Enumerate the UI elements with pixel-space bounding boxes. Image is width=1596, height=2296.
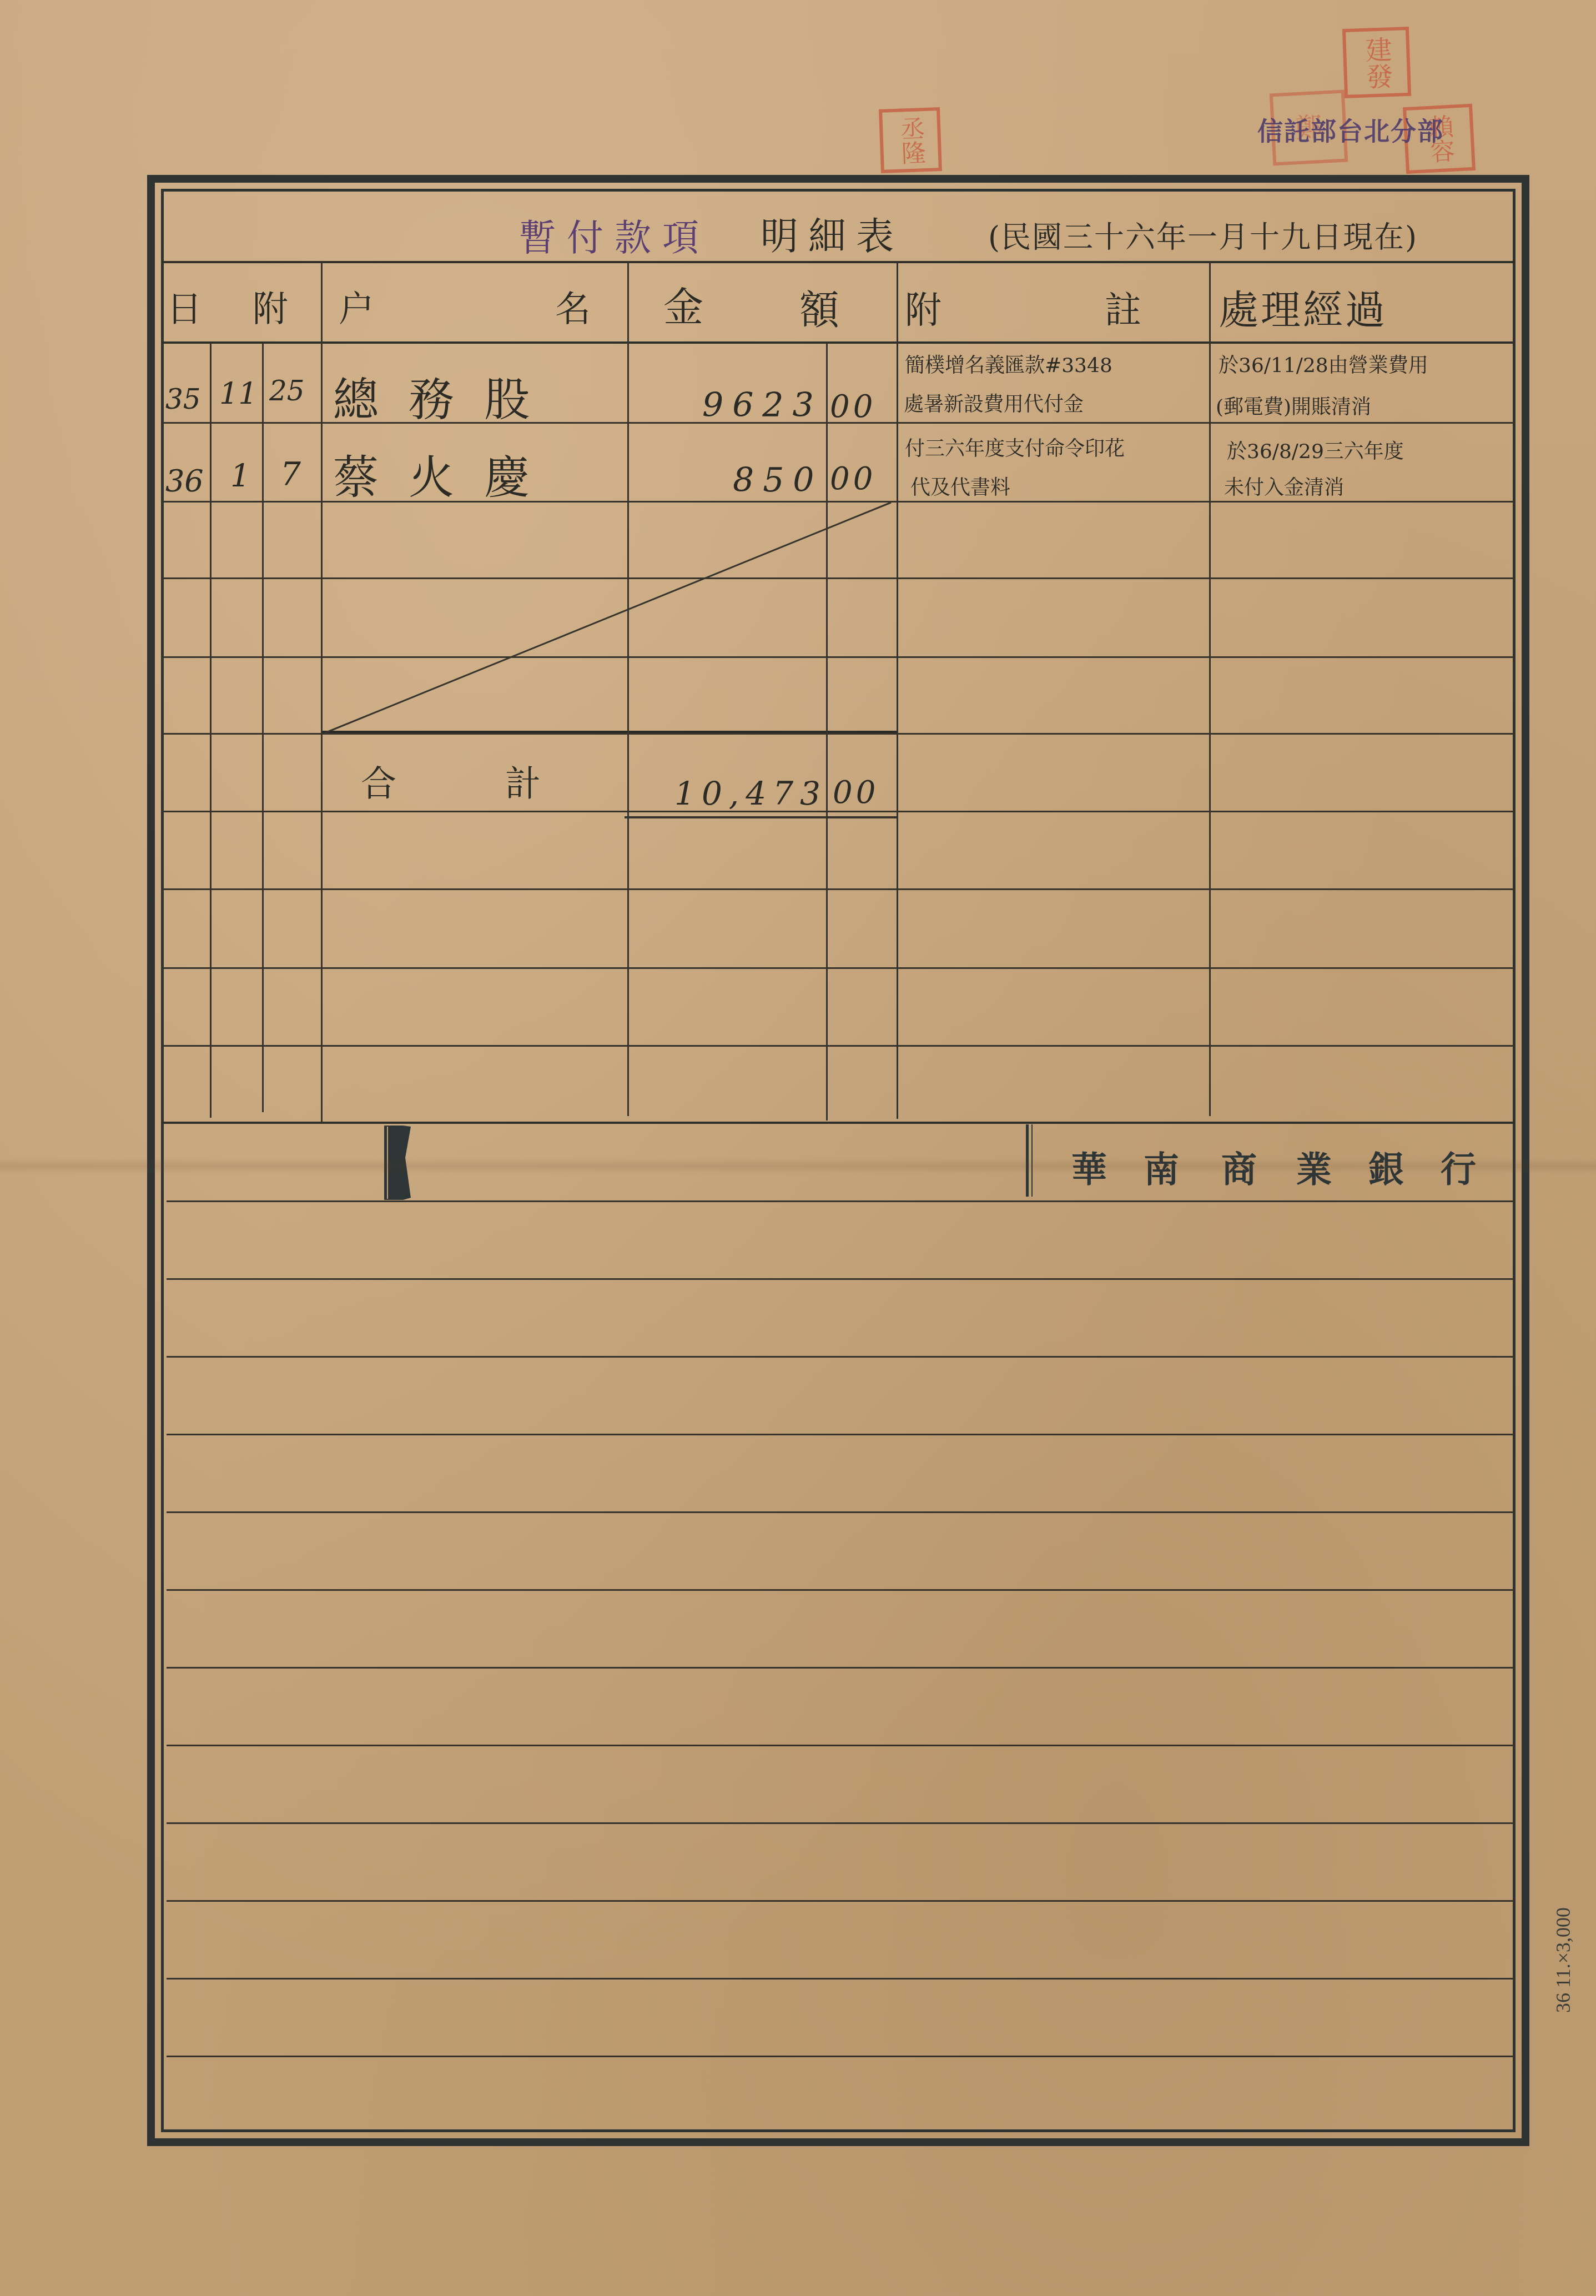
row1-process-line2: (郵電費)開賬清消 xyxy=(1216,391,1371,420)
row1-voucher-line1: 簡樸增名義匯款#3348 xyxy=(905,350,1112,378)
row-rule xyxy=(162,811,1514,812)
row1-amount: 9623 xyxy=(702,386,823,425)
row1-name: 總 務 股 xyxy=(333,364,537,429)
total-cents: 00 xyxy=(833,775,879,811)
total-double-underline xyxy=(625,816,897,818)
row2-day: 7 xyxy=(280,455,301,493)
total-label-char-2: 計 xyxy=(505,755,541,806)
header-date-char-1: 日 xyxy=(167,280,202,331)
col-rule-year xyxy=(210,343,212,1118)
header-voucher-char-2: 註 xyxy=(1105,280,1141,333)
table-bottom-rule xyxy=(162,1122,1514,1124)
ruled-line xyxy=(167,1434,1514,1435)
title-written: 明細表 xyxy=(761,207,904,260)
ruled-line xyxy=(167,1278,1514,1280)
row2-month: 1 xyxy=(230,458,250,494)
row1-cents: 00 xyxy=(830,389,876,425)
row1-day: 25 xyxy=(269,375,305,407)
header-amount-char-1: 金 xyxy=(663,275,703,333)
row2-voucher-line1: 付三六年度支付命令印花 xyxy=(905,433,1125,461)
row1-year: 35 xyxy=(165,383,201,415)
col-rule-process xyxy=(1209,261,1211,1116)
ruled-line xyxy=(167,1589,1514,1591)
ruled-line xyxy=(167,1900,1514,1902)
row2-voucher-line2: 代及代書料 xyxy=(910,472,1010,500)
col-rule-month xyxy=(262,343,264,1112)
row1-voucher-line2: 處暑新設費用代付金 xyxy=(904,389,1084,417)
row-rule xyxy=(162,888,1514,890)
red-seal-stamp-upper: 建發 xyxy=(1342,27,1411,98)
total-amount: 10,473 xyxy=(674,775,827,812)
paper-fold-crease xyxy=(0,1158,1596,1174)
branch-stamp: 信託部台北分部 xyxy=(1257,111,1444,148)
header-name-char-2: 名 xyxy=(555,280,591,331)
header-voucher-char-1: 附 xyxy=(905,280,942,333)
title-date: (民國三十六年一月十九日現在) xyxy=(988,214,1418,257)
ruled-line xyxy=(167,1822,1514,1824)
title-stamped: 暫付款項 xyxy=(519,208,710,261)
seal-text: 丞隆 xyxy=(897,115,923,165)
row2-process-line2: 未付入金清消 xyxy=(1224,472,1344,500)
ruled-line xyxy=(167,1667,1514,1669)
ruled-line xyxy=(167,1200,1514,1202)
header-name-char-1: 户 xyxy=(339,280,374,331)
header-bottom-rule xyxy=(162,341,1514,344)
row-rule xyxy=(162,967,1514,969)
row2-process-line1: 於36/8/29三六年度 xyxy=(1227,436,1404,464)
row1-process-line1: 於36/11/28由營業費用 xyxy=(1219,350,1428,378)
ruled-line xyxy=(167,1511,1514,1513)
header-amount-char-2: 額 xyxy=(799,278,839,335)
row1-month: 11 xyxy=(219,376,258,411)
ruled-line xyxy=(167,1978,1514,1980)
ruled-line xyxy=(167,1745,1514,1746)
header-process: 處理經過 xyxy=(1219,278,1387,335)
ruled-line xyxy=(167,1356,1514,1358)
cancel-diagonal-line xyxy=(316,494,899,738)
red-seal-stamp-center: 丞隆 xyxy=(879,107,942,173)
print-code: 36 11.×3,000 xyxy=(1552,1907,1575,2013)
row-rule xyxy=(162,1045,1514,1047)
total-label-char-1: 合 xyxy=(361,755,396,806)
seal-text: 建發 xyxy=(1362,36,1391,90)
header-date-char-2: 附 xyxy=(253,280,288,331)
row2-year: 36 xyxy=(165,464,204,499)
header-top-rule xyxy=(162,261,1514,263)
ruled-line xyxy=(167,2056,1514,2057)
row2-cents: 00 xyxy=(830,461,876,497)
